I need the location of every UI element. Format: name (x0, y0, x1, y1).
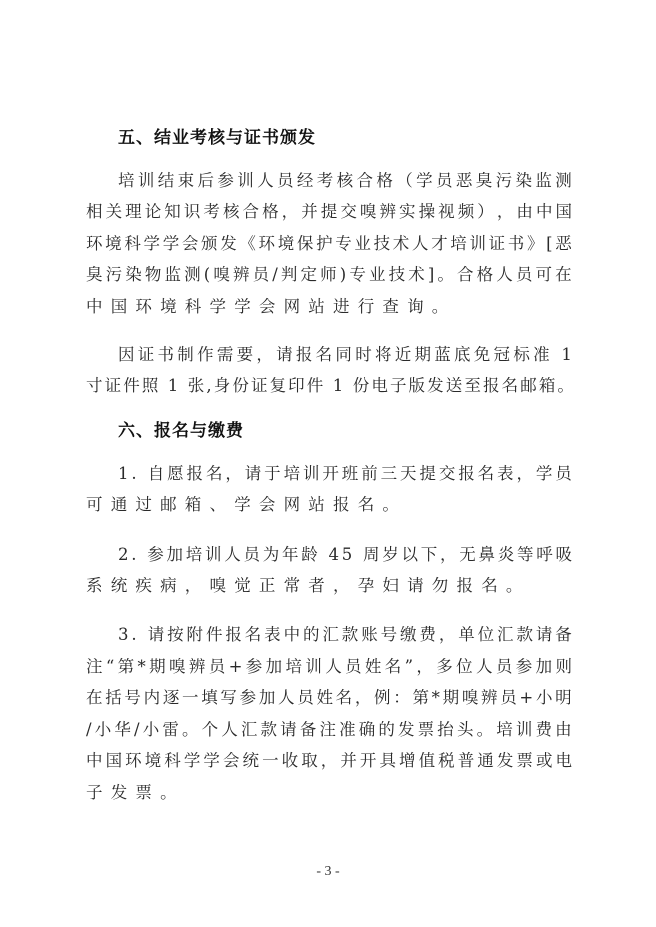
paragraph-line: 培训结束后参训人员经考核合格（学员恶臭污染监测 (118, 170, 572, 192)
document-page: 五、结业考核与证书颁发 培训结束后参训人员经考核合格（学员恶臭污染监测 相关理论… (0, 0, 656, 927)
paragraph-line: 中国环境科学学会网站进行查询。 (86, 296, 572, 318)
paragraph-line: 在括号内逐一填写参加人员姓名，例：第*期嗅辨员+小明 (86, 687, 572, 709)
paragraph-line: 注“第*期嗅辨员+参加培训人员姓名”，多位人员参加则 (86, 656, 572, 678)
paragraph-line: 中国环境科学学会统一收取，并开具增值税普通发票或电 (86, 750, 572, 772)
paragraph-line: 相关理论知识考核合格，并提交嗅辨实操视频），由中国 (86, 201, 572, 223)
page-number: - 3 - (0, 864, 656, 880)
paragraph-line: 臭污染物监测(嗅辨员/判定师)专业技术]。合格人员可在 (86, 264, 572, 286)
paragraph-line: 可通过邮箱、学会网站报名。 (86, 494, 572, 516)
paragraph-line: 1. 自愿报名，请于培训开班前三天提交报名表，学员 (118, 463, 572, 485)
section-heading-registration: 六、报名与缴费 (118, 420, 244, 442)
section-heading-certification: 五、结业考核与证书颁发 (118, 127, 316, 149)
paragraph-line: /小华/小雷。个人汇款请备注准确的发票抬头。培训费由 (86, 719, 572, 741)
paragraph-line: 系统疾病，嗅觉正常者，孕妇请勿报名。 (86, 575, 572, 597)
paragraph-line: 3. 请按附件报名表中的汇款账号缴费，单位汇款请备 (118, 624, 572, 646)
paragraph-line: 环境科学学会颁发《环境保护专业技术人才培训证书》[恶 (86, 233, 572, 255)
paragraph-line: 2. 参加培训人员为年龄 45 周岁以下，无鼻炎等呼吸 (118, 544, 572, 566)
paragraph-line: 寸证件照 1 张,身份证复印件 1 份电子版发送至报名邮箱。 (86, 375, 574, 397)
paragraph-line: 子发票。 (86, 782, 572, 804)
paragraph-line: 因证书制作需要，请报名同时将近期蓝底免冠标准 1 (118, 344, 572, 366)
